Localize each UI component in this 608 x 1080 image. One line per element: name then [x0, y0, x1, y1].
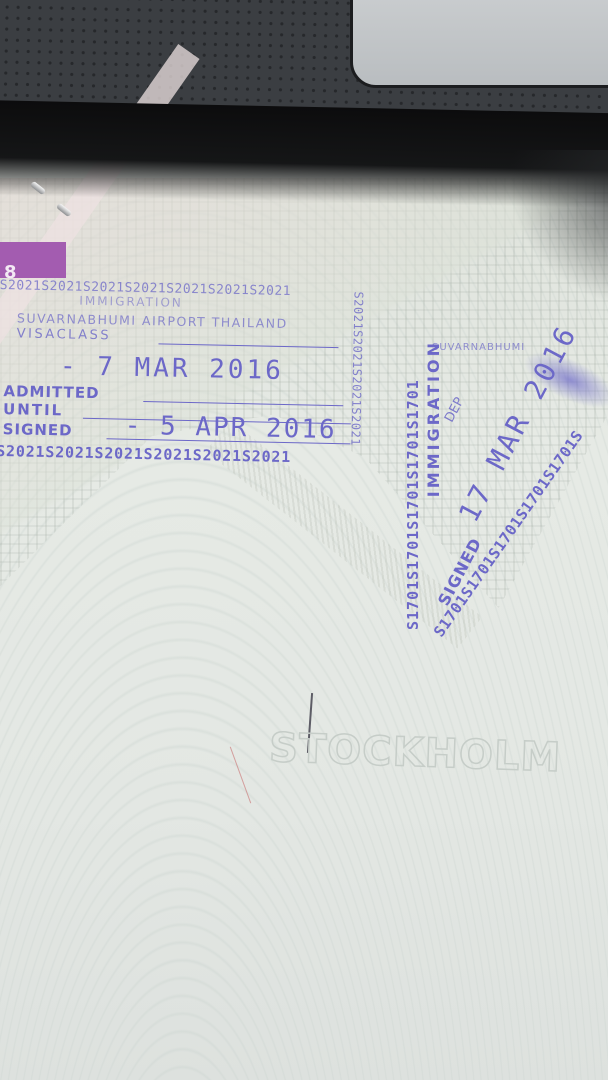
admitted-line: [143, 401, 343, 406]
signed-label: SIGNED: [2, 420, 72, 439]
entry-serial-right: S2021S2021S2021S2021: [348, 291, 365, 446]
entry-date: - 7 MAR 2016: [60, 351, 284, 386]
entry-serial-bottom: S2021S2021S2021S2021S2021S2021: [0, 442, 291, 466]
departure-label: DEP: [442, 395, 467, 425]
until-label: UNTIL: [3, 400, 63, 419]
entry-authority: IMMIGRATION: [79, 294, 183, 310]
admitted-until-date: - 5 APR 2016: [124, 411, 336, 445]
exit-stamp: S1701S1701S1701S1701S1701 IMMIGRATION SU…: [370, 300, 608, 640]
visa-class-line: [158, 343, 338, 348]
exit-serial-left: S1701S1701S1701S1701S1701: [404, 340, 422, 630]
visa-class-label: VISACLASS: [17, 326, 112, 343]
passport-photo: 8 S2021S2021S2021S2021S2021S2021S2021 S2…: [0, 0, 608, 1080]
exit-authority: IMMIGRATION: [424, 340, 443, 497]
entry-stamp: S2021S2021S2021S2021S2021S2021S2021 S202…: [0, 270, 370, 478]
cover-window: [350, 0, 608, 88]
corner-shadow: [508, 150, 608, 310]
admitted-label: ADMITTED: [3, 382, 99, 402]
exit-port: SUVARNABHUMI: [432, 342, 525, 353]
